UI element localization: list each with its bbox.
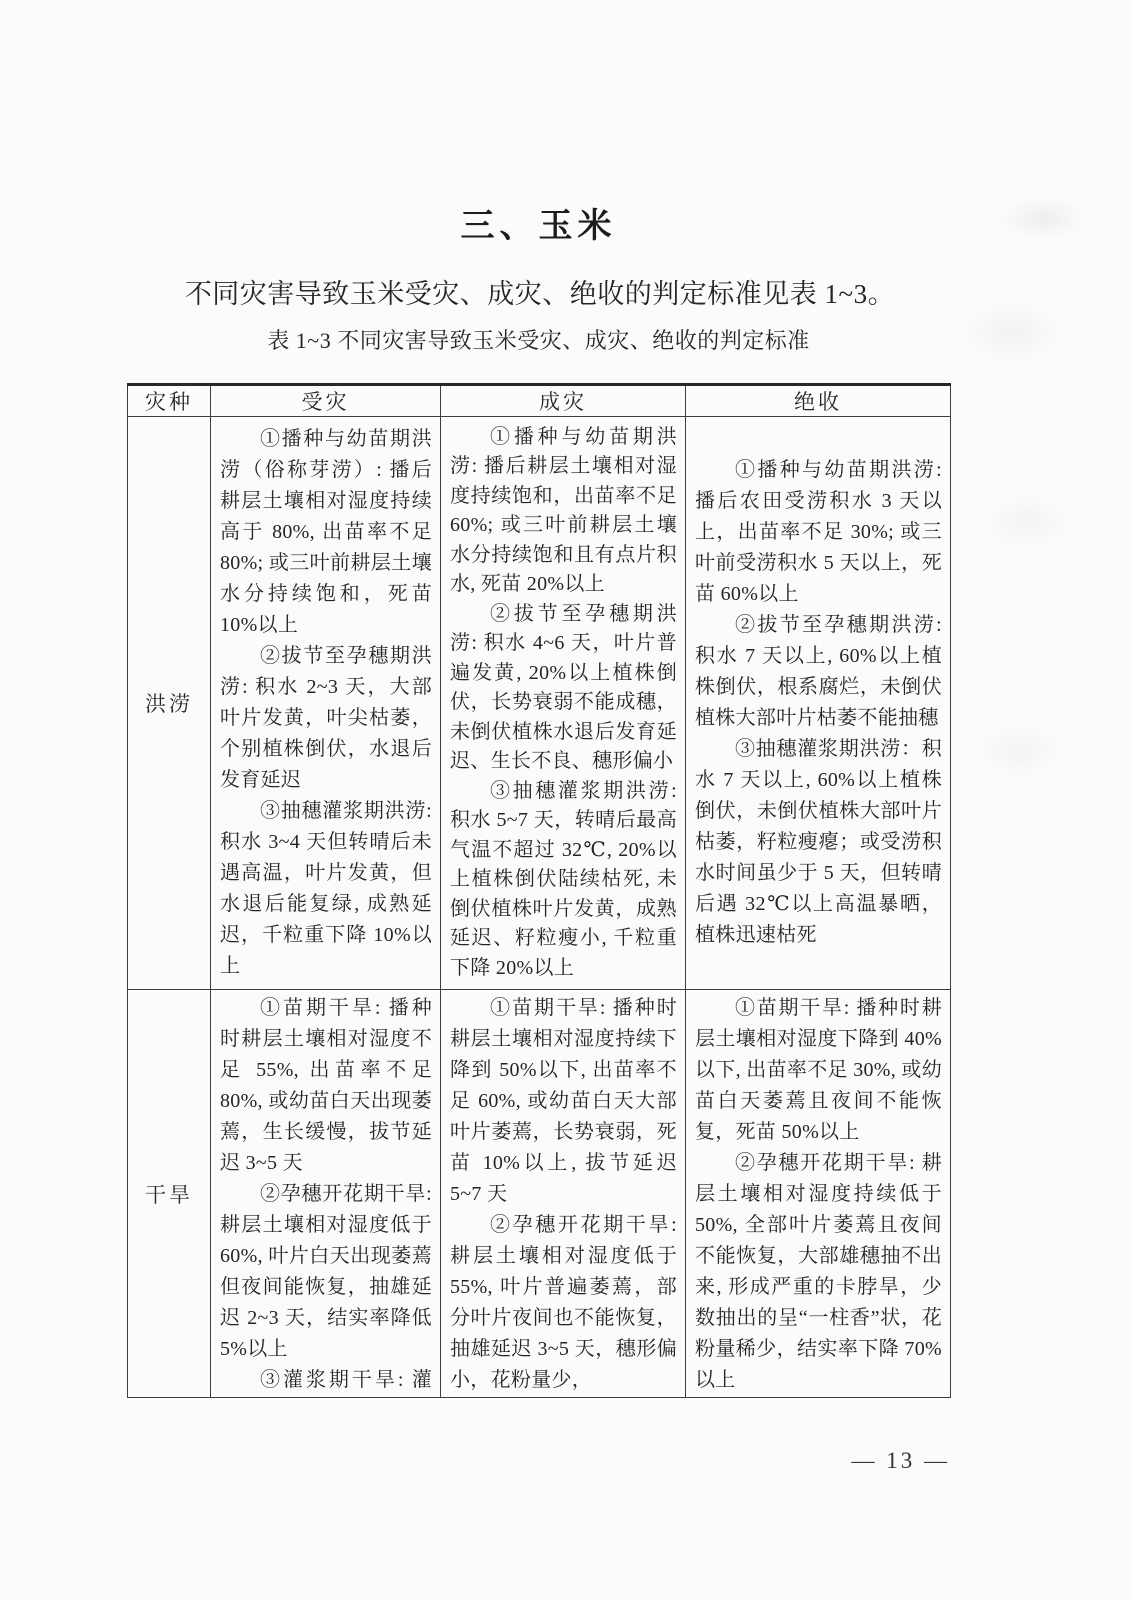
- cell-paragraph: ③抽穗灌浆期洪涝: 积水 5~7 天，转晴后最高气温不超过 32℃, 20%以上…: [450, 777, 677, 984]
- cell-paragraph: ②孕穗开花期干旱: 耕层土壤相对湿度持续低于 50%, 全部叶片萎蔫且夜间不能恢…: [695, 1148, 942, 1396]
- cell-paragraph: ③抽穗灌浆期洪涝: 积水 3~4 天但转晴后未遇高温，叶片发黄，但水退后能复绿,…: [220, 796, 432, 982]
- table-row-drought: 干旱 ①苗期干旱: 播种时耕层土壤相对湿度不足 55%, 出苗率不足 80%, …: [128, 990, 951, 1398]
- page-title: 三、玉米: [127, 198, 950, 247]
- cell-paragraph: ①播种与幼苗期洪涝: 播后农田受涝积水 3 天以上，出苗率不足 30%; 或三叶…: [695, 455, 942, 610]
- cell-paragraph: ②拔节至孕穗期洪涝: 积水 4~6 天，叶片普遍发黄, 20%以上植株倒伏，长势…: [450, 600, 677, 777]
- cell-flood-disaster: ①播种与幼苗期洪涝: 播后耕层土壤相对湿度持续饱和，出苗率不足 60%; 或三叶…: [441, 417, 686, 990]
- col-header-total-loss: 绝收: [686, 385, 951, 417]
- page-number: — 13 —: [127, 1448, 950, 1474]
- table-caption: 表 1~3 不同灾害导致玉米受灾、成灾、绝收的判定标准: [127, 324, 950, 355]
- cell-flood-affected: ①播种与幼苗期洪涝（俗称芽涝）: 播后耕层土壤相对湿度持续高于 80%, 出苗率…: [211, 417, 441, 990]
- disaster-standards-table: 灾种 受灾 成灾 绝收 洪涝 ①播种与幼苗期洪涝（俗称芽涝）: 播后耕层土壤相对…: [127, 383, 951, 1398]
- cell-paragraph: ①苗期干旱: 播种时耕层土壤相对湿度下降到 40%以下, 出苗率不足 30%, …: [695, 993, 942, 1148]
- col-header-disaster-type: 灾种: [128, 385, 211, 417]
- cell-drought-disaster: ①苗期干旱: 播种时耕层土壤相对湿度持续下降到 50%以下, 出苗率不足 60%…: [441, 990, 686, 1398]
- cell-paragraph: ②拔节至孕穗期洪涝: 积水 7 天以上, 60%以上植株倒伏，根系腐烂，未倒伏植…: [695, 610, 942, 734]
- cell-paragraph: ②拔节至孕穗期洪涝: 积水 2~3 天，大部叶片发黄，叶尖枯萎，个别植株倒伏，水…: [220, 641, 432, 796]
- row-label-drought: 干旱: [128, 990, 211, 1398]
- col-header-affected: 受灾: [211, 385, 441, 417]
- cell-paragraph: ②孕穗开花期干旱: 耕层土壤相对湿度低于 55%, 叶片普遍萎蔫，部分叶片夜间也…: [450, 1210, 677, 1396]
- table-row-flood: 洪涝 ①播种与幼苗期洪涝（俗称芽涝）: 播后耕层土壤相对湿度持续高于 80%, …: [128, 417, 951, 990]
- intro-paragraph: 不同灾害导致玉米受灾、成灾、绝收的判定标准见表 1~3。: [110, 272, 970, 311]
- cell-paragraph: ③灌浆期干旱: 灌浆前: [220, 1365, 432, 1397]
- document-page: 三、玉米 不同灾害导致玉米受灾、成灾、绝收的判定标准见表 1~3。 表 1~3 …: [0, 0, 1131, 1600]
- cell-paragraph: ①苗期干旱: 播种时耕层土壤相对湿度持续下降到 50%以下, 出苗率不足 60%…: [450, 993, 677, 1210]
- cell-paragraph: ①播种与幼苗期洪涝: 播后耕层土壤相对湿度持续饱和，出苗率不足 60%; 或三叶…: [450, 423, 677, 600]
- cell-paragraph: ①播种与幼苗期洪涝（俗称芽涝）: 播后耕层土壤相对湿度持续高于 80%, 出苗率…: [220, 424, 432, 641]
- table-header-row: 灾种 受灾 成灾 绝收: [128, 385, 951, 417]
- cell-paragraph: ②孕穗开花期干旱: 耕层土壤相对湿度低于 60%, 叶片白天出现萎蔫但夜间能恢复…: [220, 1179, 432, 1365]
- row-label-flood: 洪涝: [128, 417, 211, 990]
- cell-flood-total-loss: ①播种与幼苗期洪涝: 播后农田受涝积水 3 天以上，出苗率不足 30%; 或三叶…: [686, 417, 951, 990]
- cell-paragraph: ③抽穗灌浆期洪涝：积水 7 天以上, 60%以上植株倒伏，未倒伏植株大部叶片枯萎…: [695, 734, 942, 951]
- cell-paragraph: ①苗期干旱: 播种时耕层土壤相对湿度不足 55%, 出苗率不足 80%, 或幼苗…: [220, 993, 432, 1179]
- cell-drought-total-loss: ①苗期干旱: 播种时耕层土壤相对湿度下降到 40%以下, 出苗率不足 30%, …: [686, 990, 951, 1398]
- col-header-disaster: 成灾: [441, 385, 686, 417]
- cell-drought-affected: ①苗期干旱: 播种时耕层土壤相对湿度不足 55%, 出苗率不足 80%, 或幼苗…: [211, 990, 441, 1398]
